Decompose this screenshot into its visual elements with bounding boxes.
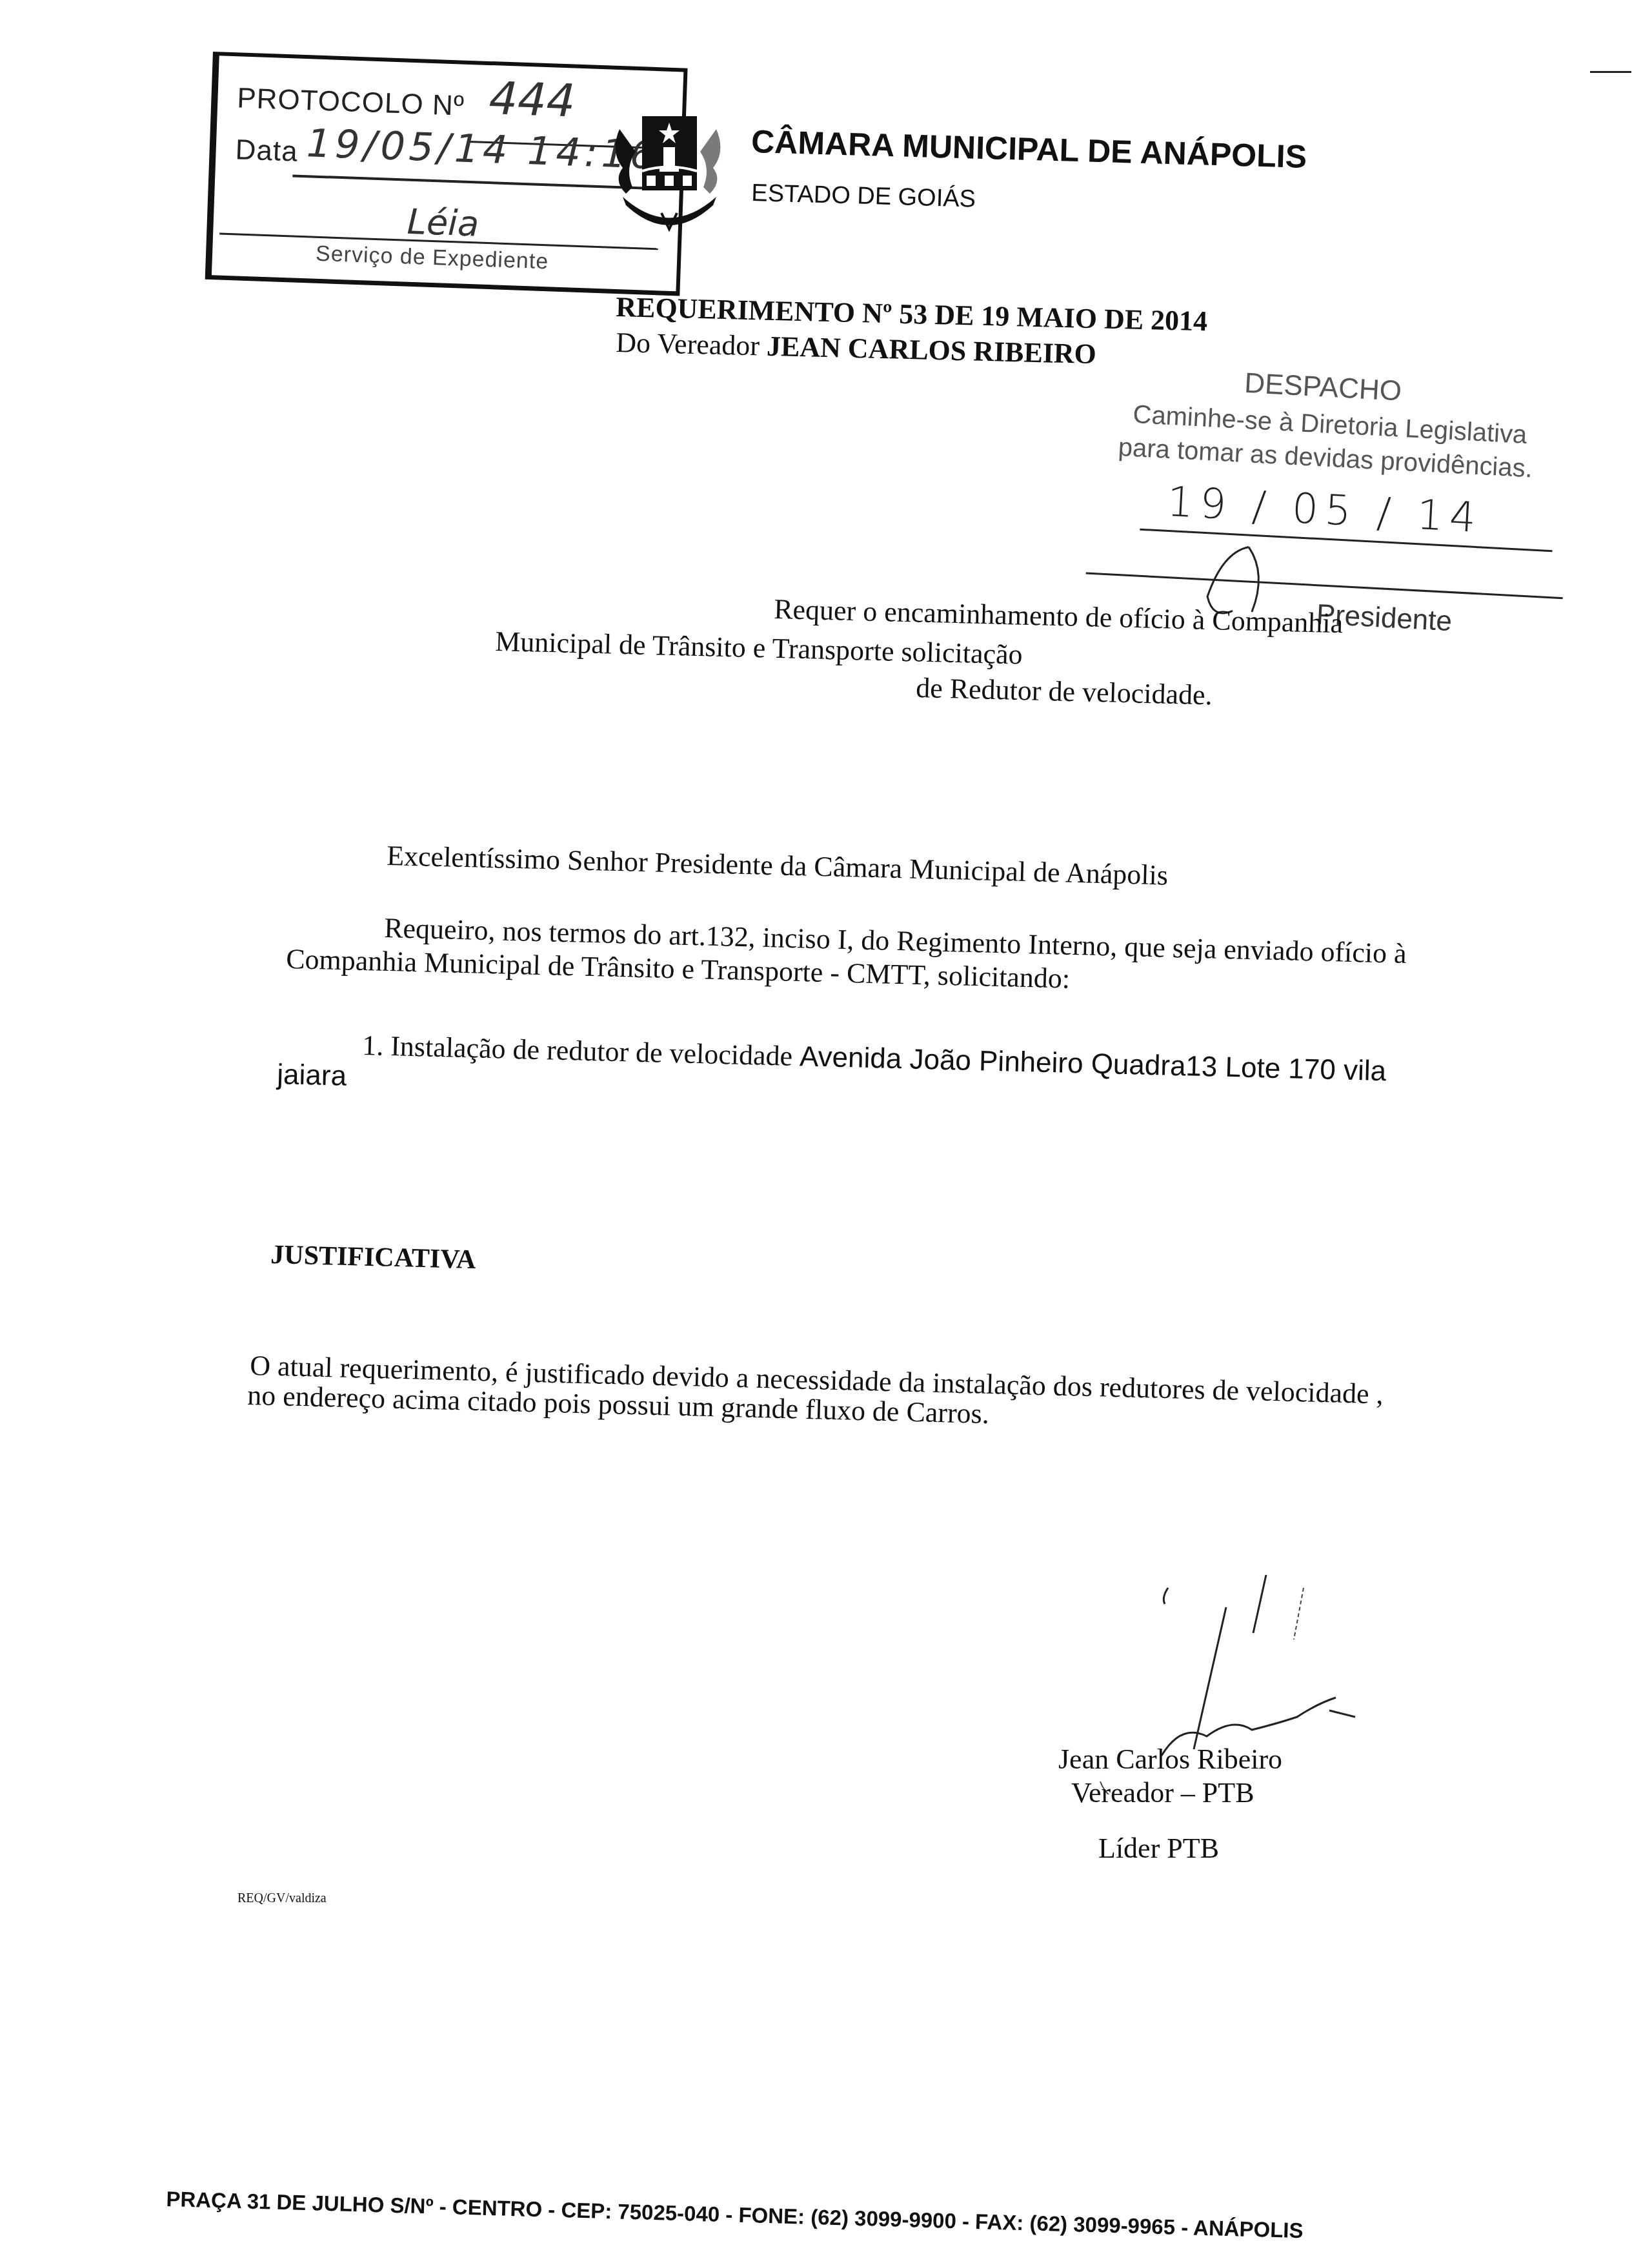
institution-name: CÂMARA MUNICIPAL DE ANÁPOLIS (750, 123, 1307, 176)
signer-name: Jean Carlos Ribeiro (1058, 1743, 1282, 1776)
item-address-continuation: jaiara (277, 1059, 347, 1093)
item-text: Instalação de redutor de velocidade (390, 1030, 793, 1072)
item-address: Avenida João Pinheiro Quadra13 Lote 170 … (800, 1040, 1387, 1087)
despacho-heading: DESPACHO (1244, 367, 1402, 408)
despacho-signature-line (1086, 572, 1563, 599)
protocol-label: PROTOCOLO Nº (237, 82, 465, 122)
justification-heading: JUSTIFICATIVA (270, 1239, 476, 1275)
summary-line2: Municipal de Trânsito e Transporte solic… (495, 625, 1023, 671)
service-label: Serviço de Expediente (315, 241, 549, 275)
scan-mark (1590, 71, 1631, 73)
document-reference: REQ/GV/valdiza (237, 1891, 327, 1906)
date-line (292, 174, 654, 190)
scanned-document-page: PROTOCOLO Nº 444 Data 19/05/14 14:16 Léi… (0, 0, 1652, 2263)
municipal-coat-of-arms-icon (607, 90, 729, 239)
protocol-number: 444 (488, 72, 576, 128)
signer-title: Líder PTB (1098, 1832, 1219, 1865)
footer-address: PRAÇA 31 DE JULHO S/Nº - CENTRO - CEP: 7… (166, 2187, 1304, 2243)
salutation: Excelentíssimo Senhor Presidente da Câma… (387, 839, 1169, 892)
item-number: 1. (362, 1030, 384, 1062)
receiver-initials: Léia (407, 201, 480, 245)
summary-line3: de Redutor de velocidade. (916, 671, 1213, 712)
author-prefix: Do Vereador (616, 327, 760, 361)
author-name: JEAN CARLOS RIBEIRO (766, 330, 1096, 370)
date-label: Data (235, 134, 299, 168)
request-item-1: 1. Instalação de redutor de velocidade A… (362, 1029, 1387, 1088)
signer-role: Vereador – PTB (1071, 1776, 1254, 1809)
state-name: ESTADO DE GOIÁS (751, 179, 976, 214)
